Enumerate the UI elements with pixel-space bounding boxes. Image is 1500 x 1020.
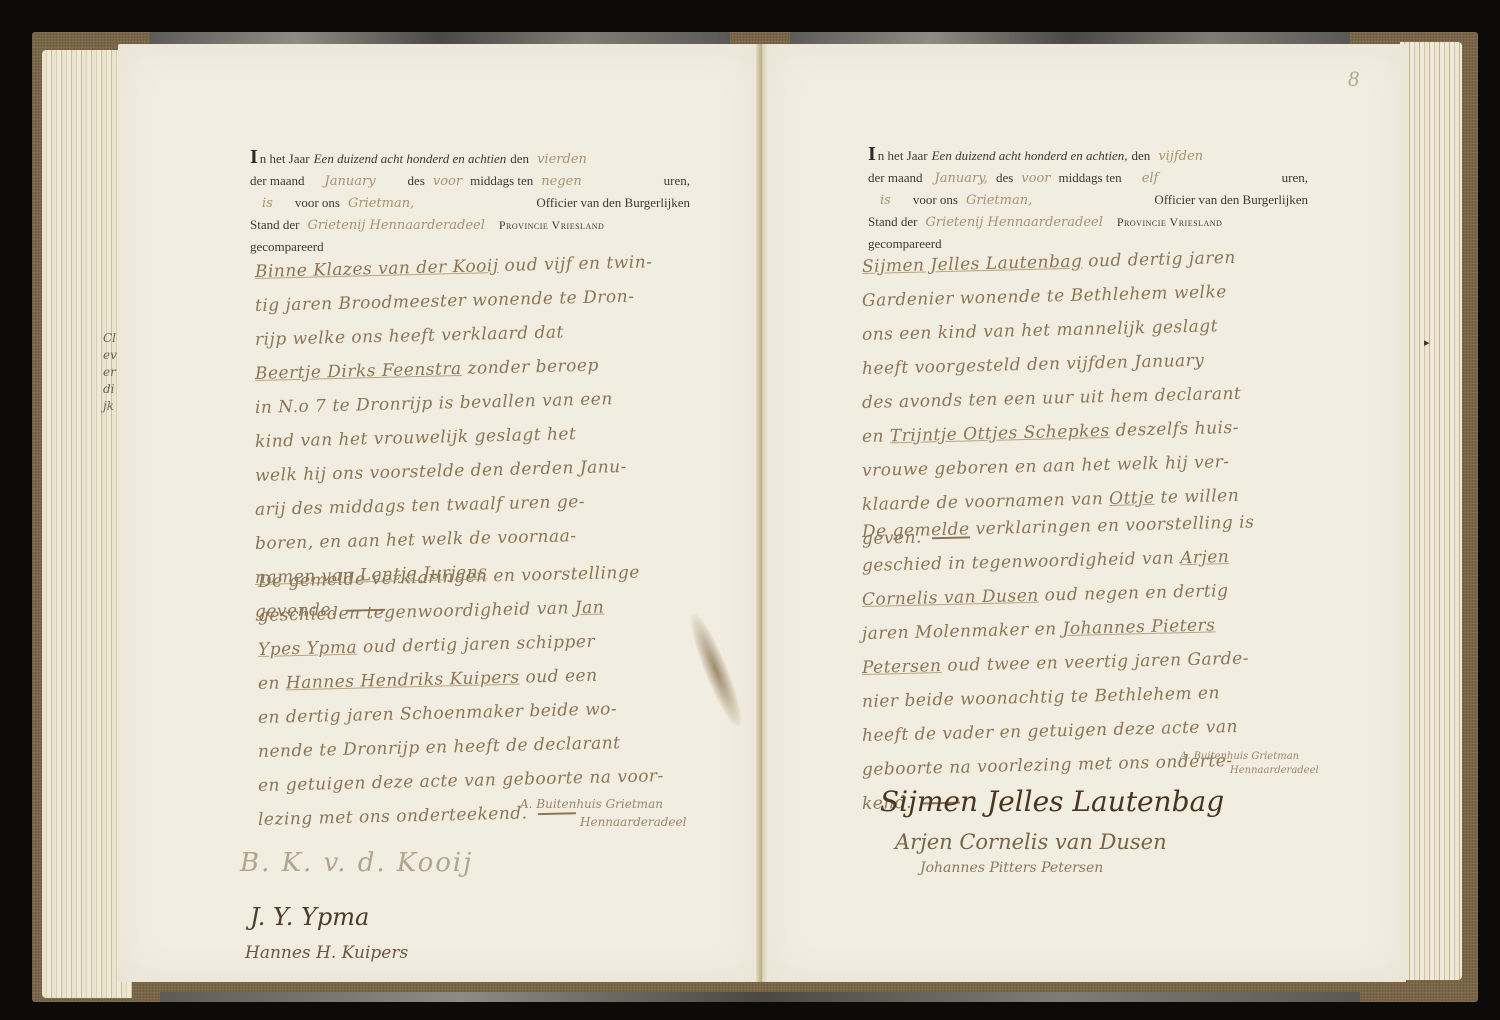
filled-hour: elf [1142, 168, 1159, 189]
form-text: voor ons [295, 192, 340, 213]
form-text: n het Jaar [260, 148, 310, 169]
form-text: uren, [1282, 167, 1308, 188]
official-signature-left: A. Buitenhuis Grietman Hennaarderadeel [520, 795, 686, 831]
filled-month: January, [935, 168, 988, 189]
form-text: des [408, 170, 425, 191]
filled-day: vierden [537, 149, 587, 170]
form-text: den [510, 148, 529, 169]
drop-cap: I [868, 147, 876, 161]
margin-mark: ▸ [1424, 336, 1430, 349]
filled-month: January [325, 171, 376, 192]
name-underlined: Jan [575, 598, 605, 619]
form-text: uren, [664, 170, 690, 191]
filled-hour: negen [541, 171, 581, 192]
name-underlined: Trijntje Ottjes Schepkes [890, 421, 1110, 446]
form-text: middags ten [470, 170, 533, 191]
signature-witness-2-left: Hannes H. Kuipers [245, 943, 408, 963]
name-underlined: Cornelis van Dusen [862, 586, 1039, 610]
left-closing-text: De gemelde verklaringen en voorstellinge… [258, 565, 768, 837]
name-underlined: Johannes Pieters [1062, 615, 1215, 639]
filled-time-of-day: voor [1021, 168, 1050, 189]
name-underlined: Ypes Ypma [258, 638, 358, 660]
form-text: n het Jaar [878, 145, 928, 166]
form-text: den [1132, 145, 1151, 166]
filled-official: Grietman, [966, 190, 1032, 211]
right-page-stack [1400, 42, 1462, 980]
form-text: middags ten [1059, 167, 1122, 188]
form-text: voor ons [913, 189, 958, 210]
form-text: Stand der [250, 214, 299, 235]
signature-declarant-left: B. K. v. d. Kooij [240, 848, 473, 878]
form-text: der maand [868, 167, 923, 188]
name-underlined: Arjen [1180, 547, 1230, 568]
form-text: des [996, 167, 1013, 188]
signature-witness-1-left: J. Y. Ypma [250, 903, 369, 931]
margin-note: Cleverdijk [103, 330, 117, 415]
name-underlined: Sijmen Jelles Lautenbag [862, 252, 1083, 277]
cover-marbled-edge-bottom [160, 992, 1360, 1002]
name-underlined: Petersen [862, 656, 942, 678]
filled-municipality: Grietenij Hennaarderadeel [925, 212, 1102, 233]
filled-is: is [880, 190, 891, 211]
signature-witness-1-right: Arjen Cornelis van Dusen [895, 830, 1167, 854]
right-closing-text: De gemelde verklaringen en voorstelling … [862, 515, 1402, 821]
form-text: Officier van den Burgerlijken [1154, 189, 1308, 210]
filled-official: Grietman, [348, 193, 414, 214]
filled-time-of-day: voor [433, 171, 462, 192]
name-underlined: Hannes Hendriks Kuipers [286, 668, 520, 694]
signature-father-right: Sijmen Jelles Lautenbag [880, 785, 1224, 818]
filled-is: is [262, 193, 273, 214]
filled-day: vijfden [1158, 146, 1203, 167]
signature-witness-2-right: Johannes Pitters Petersen [920, 860, 1103, 876]
form-province: Provincie Vriesland [1117, 212, 1222, 233]
drop-cap: I [250, 150, 258, 164]
official-signature-right: A. Buitenhuis Grietman Hennaarderadeel [1180, 750, 1319, 778]
name-underlined: Beertje Dirks Feenstra [255, 359, 462, 384]
form-text: Stand der [868, 211, 917, 232]
form-year: Een duizend acht honderd en achtien [314, 148, 507, 169]
page-number: 8 [1348, 66, 1359, 92]
filled-municipality: Grietenij Hennaarderadeel [307, 215, 484, 236]
name-underlined: Binne Klazes van der Kooij [255, 256, 499, 282]
left-form-header: I n het Jaar Een duizend acht honderd en… [250, 148, 690, 257]
name-underlined: Ottje [1109, 488, 1155, 509]
form-year: Een duizend acht honderd en achtien, [932, 145, 1128, 166]
form-text: der maand [250, 170, 305, 191]
form-text: Officier van den Burgerlijken [536, 192, 690, 213]
form-province: Provincie Vriesland [499, 215, 604, 236]
right-form-header: I n het Jaar Een duizend acht honderd en… [868, 145, 1308, 254]
